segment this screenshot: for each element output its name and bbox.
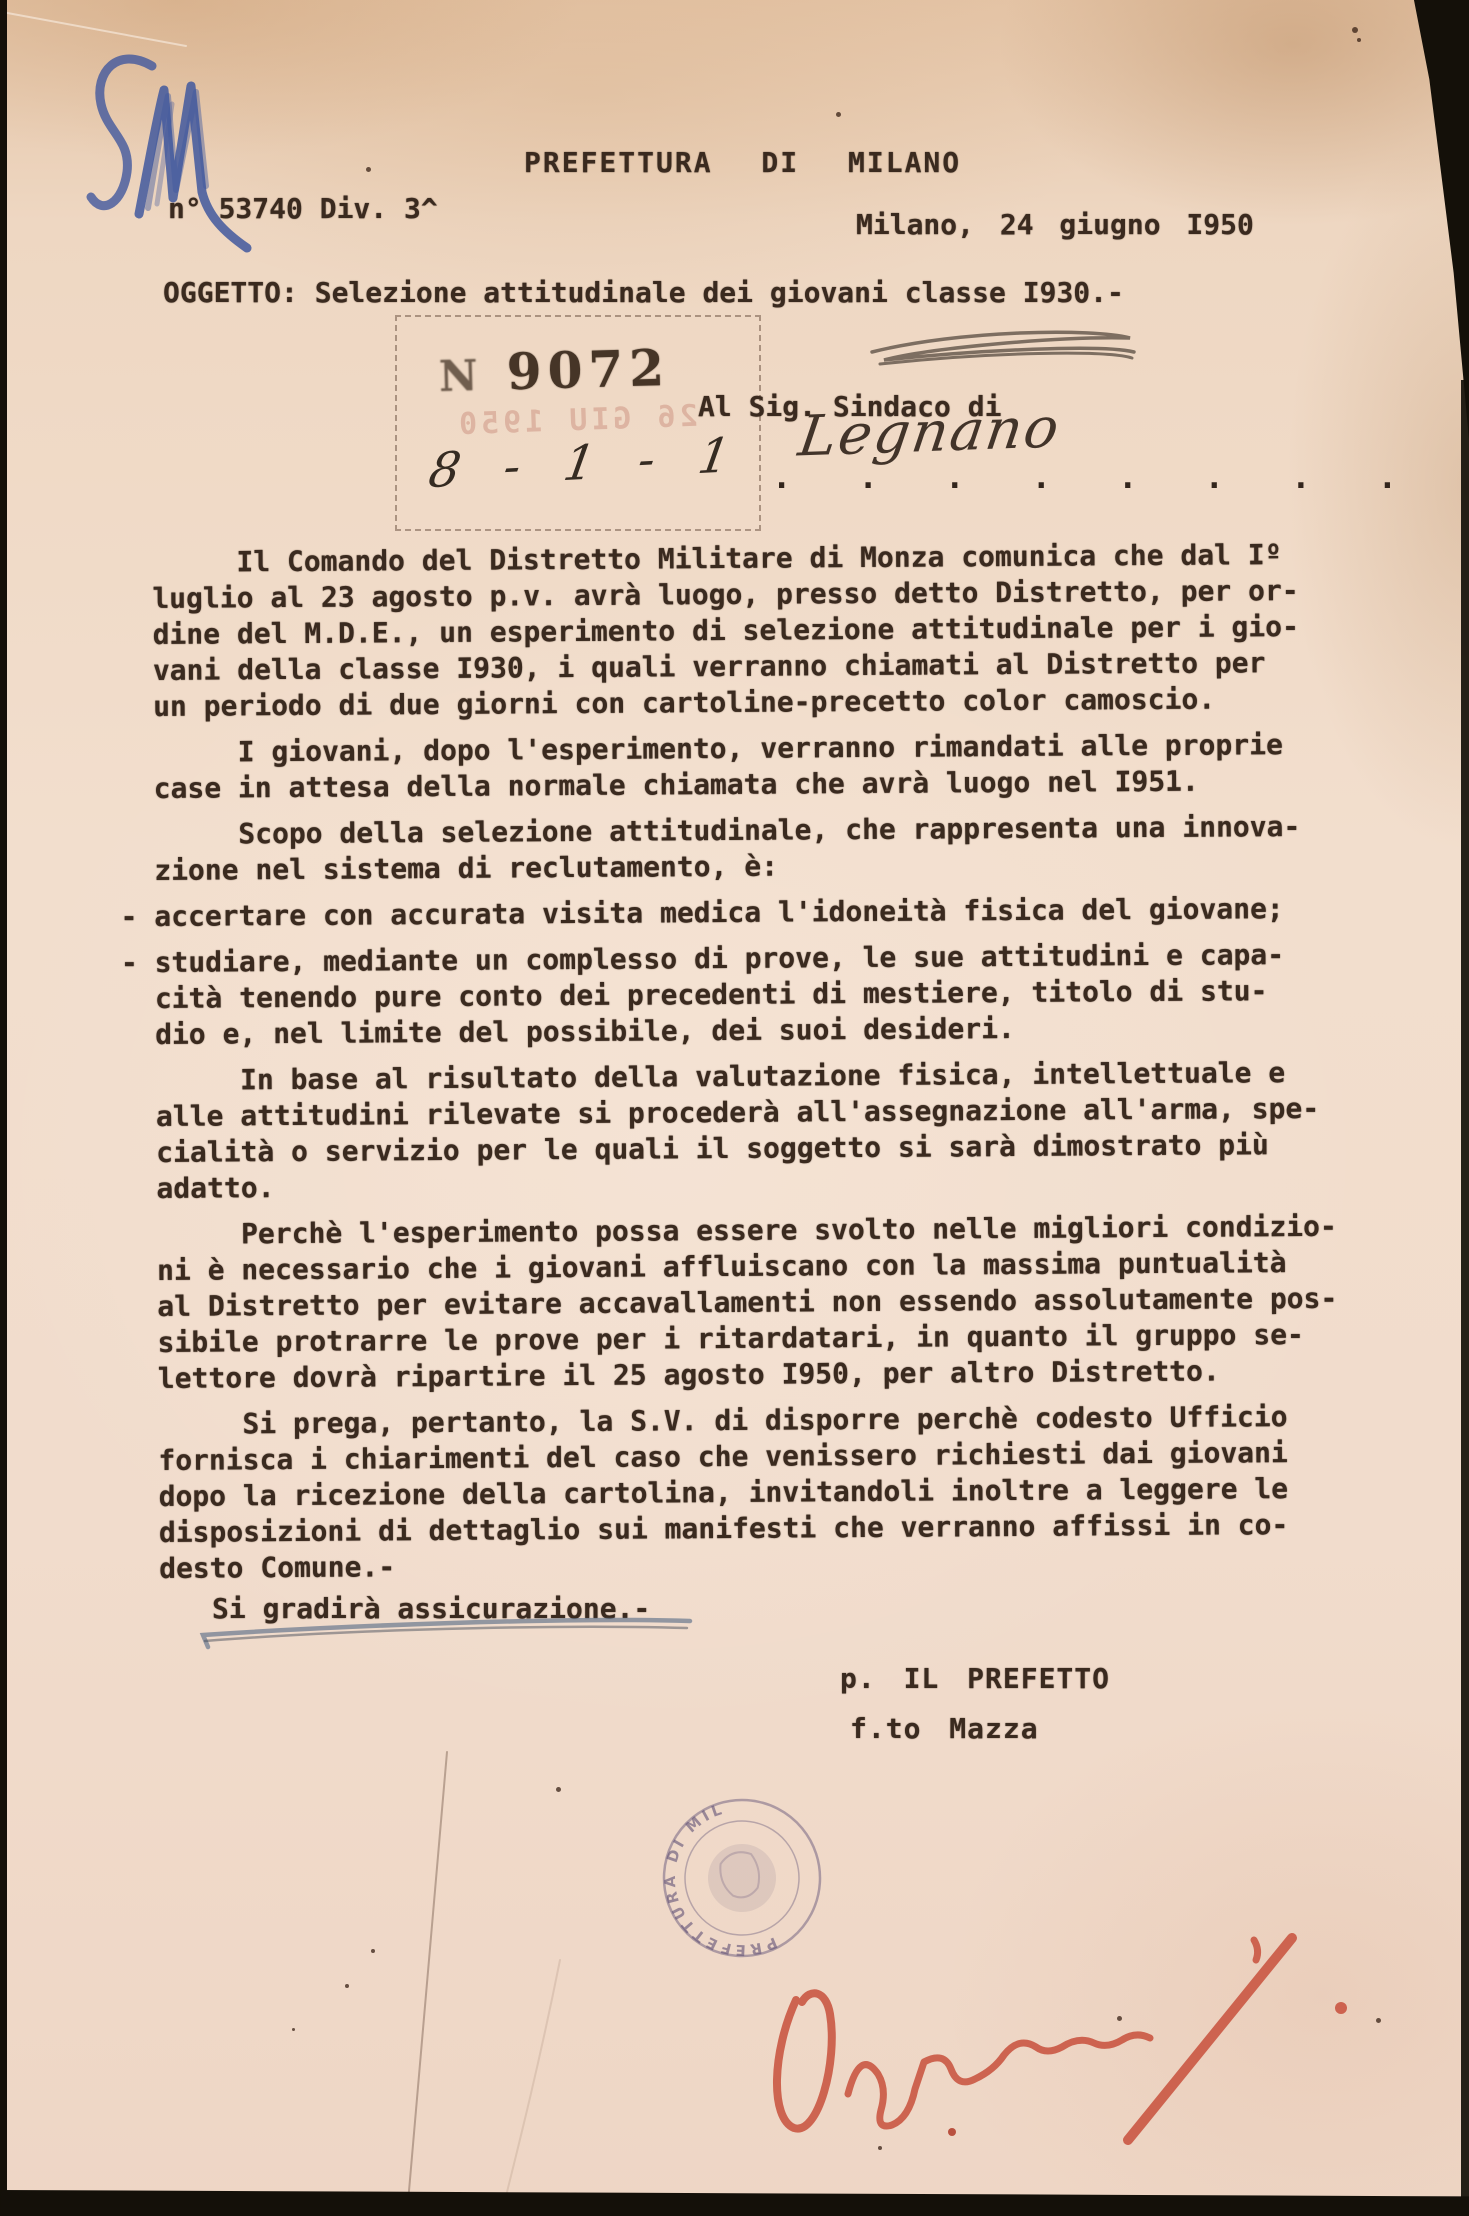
paper-speck — [1357, 38, 1361, 42]
prefettura-round-seal: PREFETTURA DI MILANO • — [640, 1777, 842, 1981]
paper-speck — [292, 2028, 295, 2031]
paper-speck — [345, 1984, 349, 1988]
red-pencil-annotation — [777, 1938, 1347, 2140]
paper-speck — [1117, 2016, 1122, 2021]
blue-monogram-icon — [91, 59, 247, 248]
pencil-scribble — [872, 332, 1134, 364]
paper-creases — [2, 12, 560, 2214]
paper-speck — [556, 1787, 561, 1792]
paper-speck — [366, 167, 371, 172]
paper-speck — [1352, 27, 1358, 33]
scan-edge-right — [1461, 380, 1469, 2216]
paper-speck — [878, 2146, 882, 2150]
ink-and-stamp-overlay: PREFETTURA DI MILANO • — [0, 0, 1469, 2216]
paper-speck — [371, 1949, 375, 1953]
closing-underline — [203, 1620, 690, 1647]
paper-speck — [1376, 2018, 1381, 2023]
paper-speck — [836, 112, 841, 117]
scanned-letter-page: PREFETTURA DI MILANO n° 53740 Div. 3^ Mi… — [0, 0, 1469, 2216]
scan-edge-left — [0, 0, 7, 2216]
